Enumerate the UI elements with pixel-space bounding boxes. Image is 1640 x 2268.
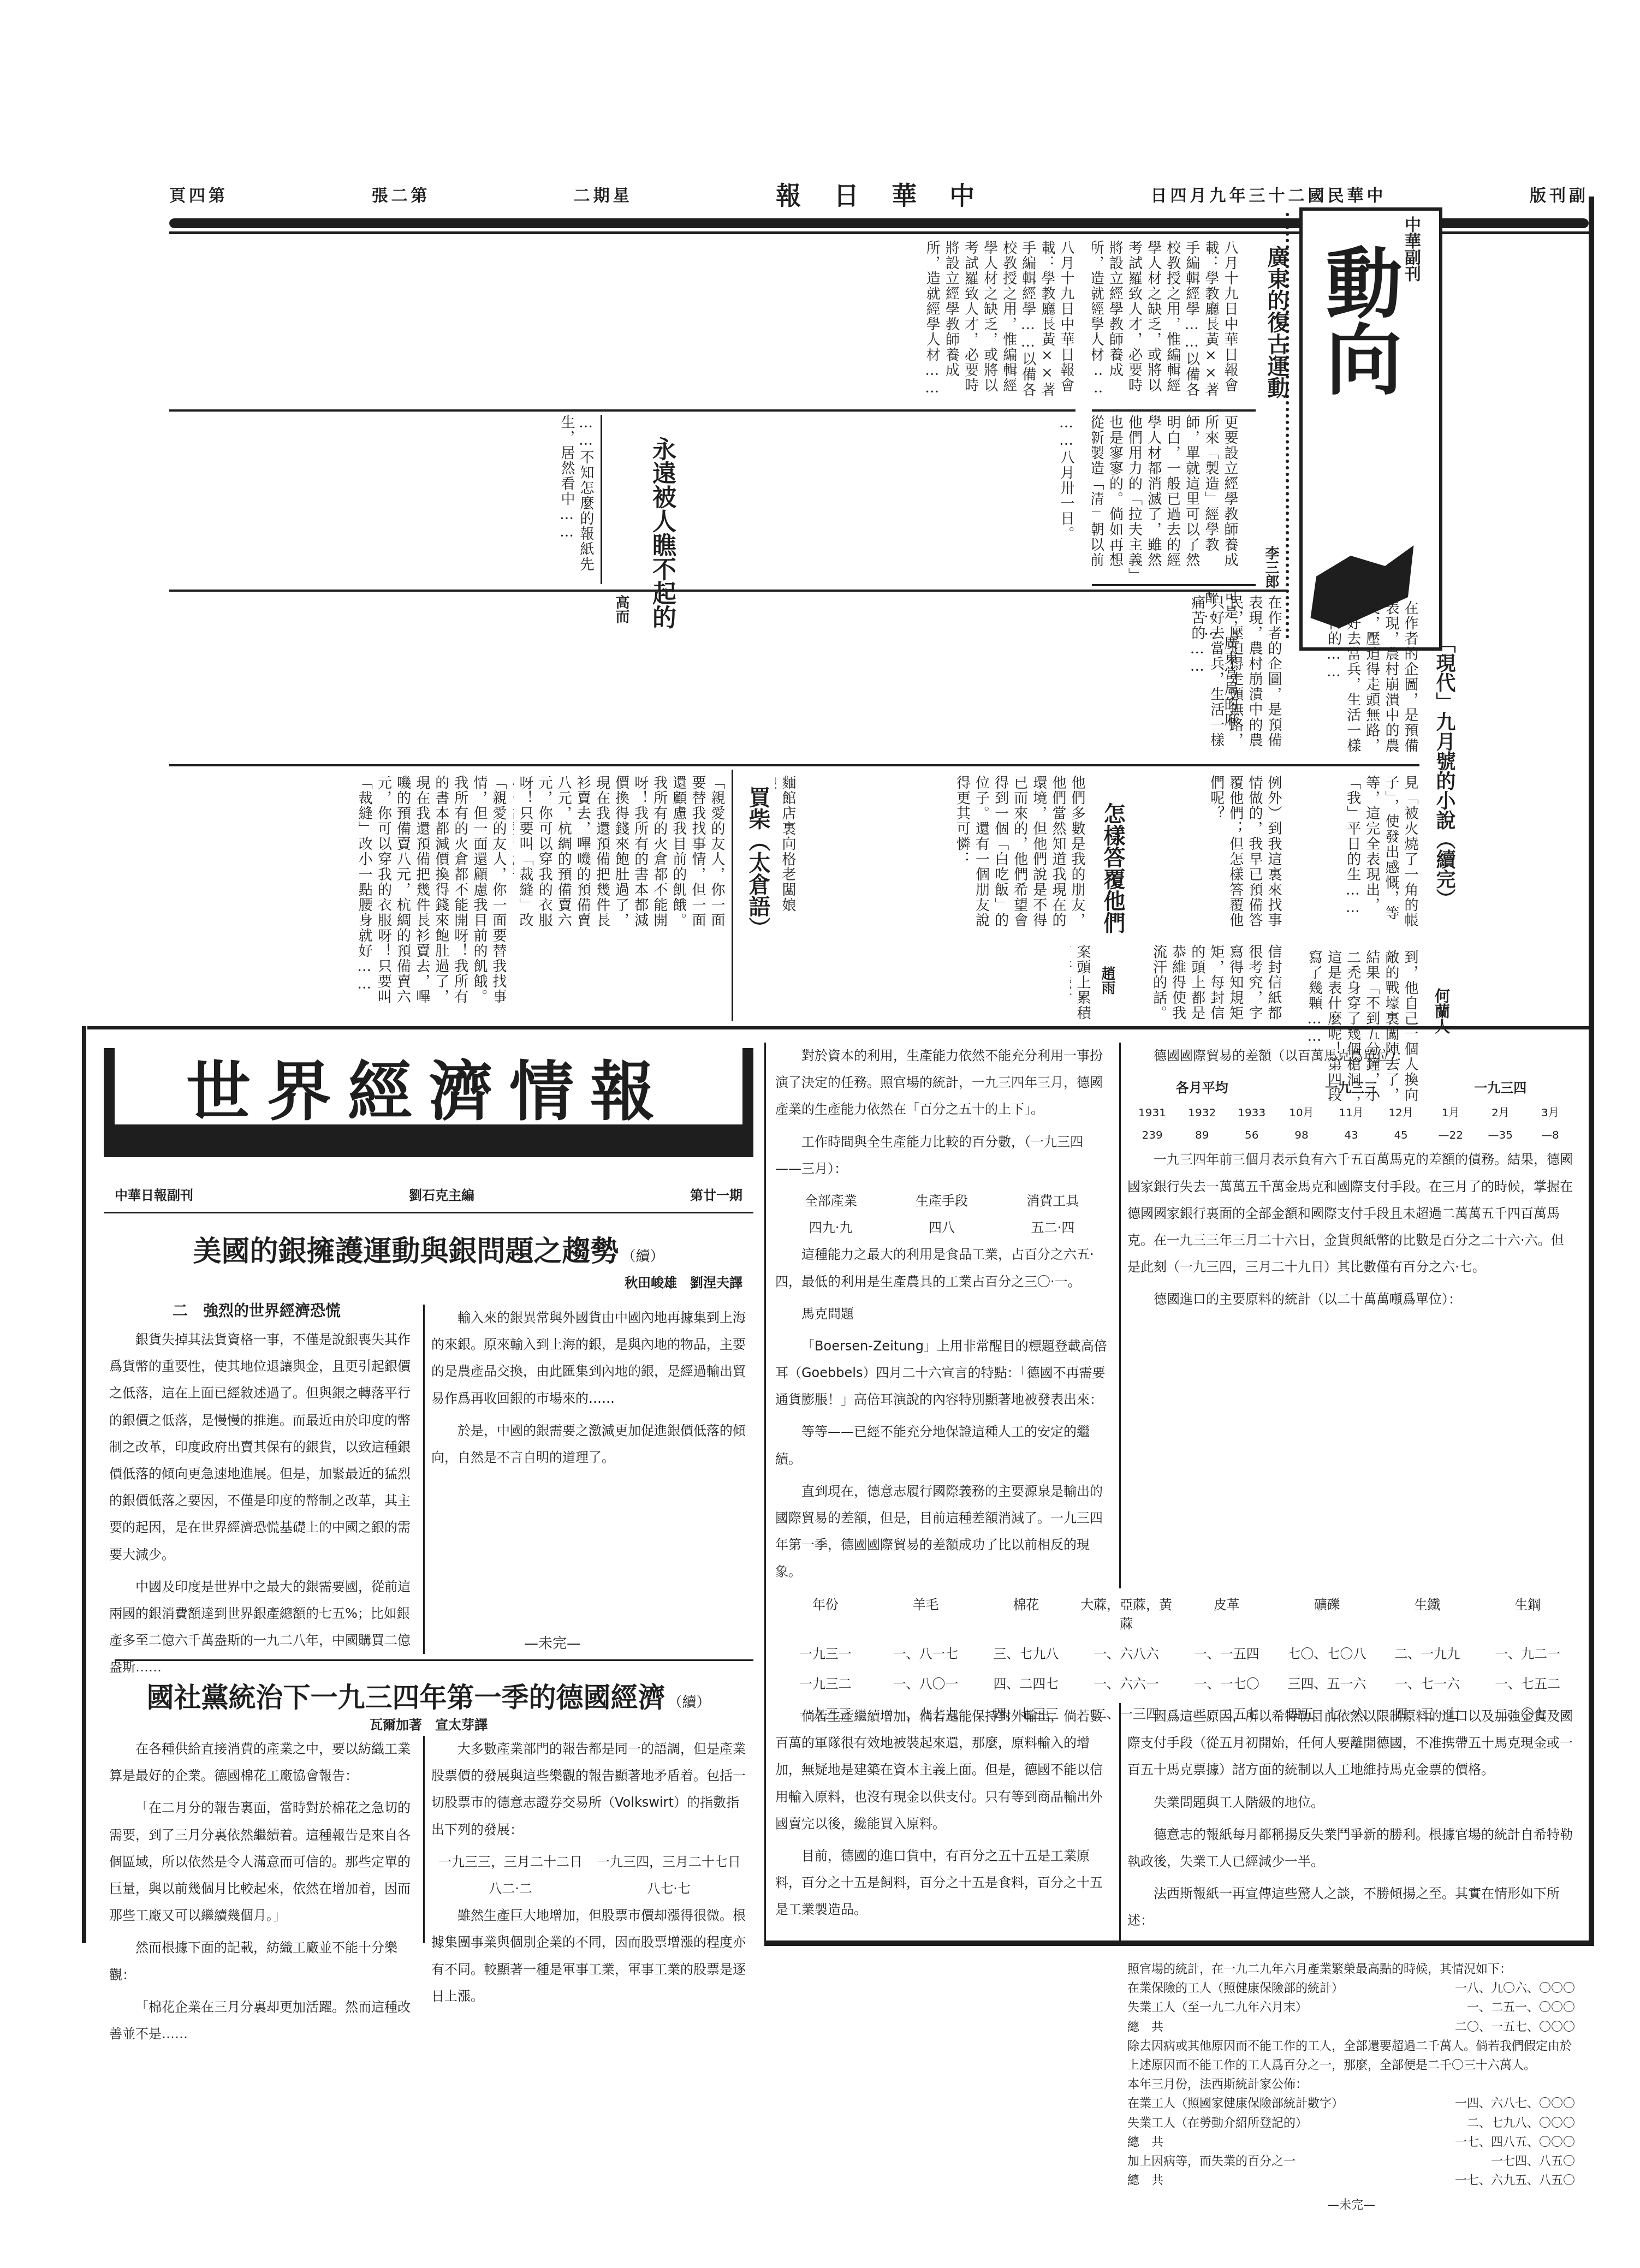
stock-index-values: 八二·二 八七·七 [431, 1876, 748, 1902]
supplement-big-title: 動向 [1319, 243, 1395, 396]
article2-col3: 對於資本的利用，生產能力依然不能充分利用一事扮演了決定的任務。照官場的統計，一九… [775, 1043, 1108, 1591]
column-rule [169, 409, 1075, 412]
economics-banner-title: 世界經濟情報 [115, 1048, 742, 1124]
article-body-guangdong-cont: 八月十九日中華日報會載：學教廳長黃××著手編輯經學……以備各校教授之用，惟編輯經… [169, 240, 1075, 404]
article-title-how-to-reply: 怎樣答覆他們 [1097, 802, 1128, 933]
article-body-buying-firewood-2: 「親愛的友人，你一面要替我找事情，但一面還顧慮我目前的飢餓。我所有的火倉都不能開… [513, 775, 726, 939]
employment-1934-row: 失業工人（在勞動介紹所登記的） 二、七九八、〇〇〇 [1127, 2114, 1575, 2133]
employment-1934-row: 在業工人（照國家健康保險部統計數字） 一四、六八七、〇〇〇 [1127, 2094, 1575, 2113]
trade-table-columns: 1931 1932 1933 10月 11月 12月 1月 2月 3月 [1127, 1102, 1575, 1124]
article-body-never-looked-down-end: ……八月卅一日。 [682, 415, 1075, 584]
article2-header: 國社黨統治下一九三四年第一季的德國經濟 （續） [104, 1676, 753, 1715]
publisher-label: 中華日報副刊 [115, 1184, 193, 1204]
paragraph: 德國進口的主要原料的統計（以二十萬萬噸爲單位）： [1127, 1286, 1575, 1313]
raw-materials-row: 一九三二 一、八〇一 四、二四七 一、六六一 一、一七〇 三四、五一六 一、七一… [775, 1673, 1578, 1692]
weekday-label: 二期星 [574, 182, 633, 206]
column-rule-vertical [1119, 1043, 1121, 1588]
article2-col5: 倘若生產繼續增加，倘若還能保持對外輸出，倘若數百萬的軍隊很有效地被裝起來還，那麼… [775, 1703, 1108, 1929]
column-rule [169, 590, 1288, 592]
supplement-small-title: 中華副刊 [1399, 216, 1423, 282]
paragraph: 然而根據下面的記載，紡織工廠並不能十分樂觀： [109, 1934, 415, 1988]
stock-index-dates: 一九三三，三月二十二日 一九三四，三月二十七日 [431, 1849, 748, 1876]
paragraph: 工作時間與全生產能力比較的百分數，（一九三四——三月）： [775, 1129, 1108, 1182]
article-body-how-to-reply-2: 他們多數是我的朋友，他們當然知道我現在的環境，但他們說是不得已而來的，他們希望會… [879, 775, 1086, 939]
section-subheading: 失業問題與工人階級的地位。 [1127, 1789, 1575, 1816]
column-rule-vertical [1119, 1703, 1121, 1943]
paragraph: 「Boersen-Zeitung」上用非常醒目的標題登載高倍耳（Goebbels… [775, 1333, 1108, 1414]
employment-1929-row: 總 共 二〇、一五七、〇〇〇 [1127, 2017, 1575, 2037]
issue-label: 第廿一期 [690, 1184, 742, 1204]
paragraph: 本年三月份，法西斯統計家公佈： [1127, 2075, 1575, 2094]
paragraph: 銀貨失掉其法貨資格一事，不僅是說銀喪失其作爲貨幣的重要性，使其地位退讓與金，且更… [109, 1326, 415, 1568]
employment-1929-row: 失業工人（至一九二九年六月末） 一、二五一、〇〇〇 [1127, 1998, 1575, 2017]
article-body-lower-cont: 信封信紙都很考究，字寫得知規矩矩，每封信的頭上都是恭維得使我流汗的話。 [808, 944, 1283, 1021]
article-body-buying-firewood-1: 麵館店裏向格老闆娘娘…… [775, 775, 797, 939]
paragraph: 目前，德國的進口貨中，有百分之五十五是工業原料，百分之十五是飼料，百分之十五是食… [775, 1843, 1108, 1924]
editor-label: 劉石克主編 [409, 1184, 474, 1204]
article2-col1: 在各種供給直接消費的產業之中，要以紡織工業算是最好的企業。德國棉花工廠協會報告：… [109, 1736, 415, 2053]
paragraph: 「在二月分的報告裏面，當時對於棉花之急切的需要，到了三月分裏依然繼續着。這種報告… [109, 1795, 415, 1929]
date-label: 日四月九年三十二國民華中 [1151, 182, 1387, 206]
employment-tables: 照官場的統計，在一九二九年六月產業繁榮最高點的時候，其情況如下： 在業保險的工人… [1127, 1960, 1575, 2215]
paragraph: 對於資本的利用，生產能力依然不能充分利用一事扮演了決定的任務。照官場的統計，一九… [775, 1043, 1108, 1123]
trade-table-values: 239 89 56 98 43 45 —22 —35 —8 [1127, 1124, 1575, 1146]
article1-title: 美國的銀擁護運動與銀問題之趨勢 [193, 1235, 619, 1268]
column-rule [104, 1212, 753, 1213]
article2-col6: 因爲這些原因，所以希特勒目前依然以限制原料的進口以及加強金貨及國際支付手段（從五… [1127, 1703, 1575, 1940]
paragraph: 輸入來的銀異常與外國貨由中國內地再據集到上海的來銀。原來輸入到上海的銀，是與內地… [431, 1305, 748, 1412]
article2-col2: 大多數產業部門的報告都是同一的語調，但是產業股票價的發展與這些樂觀的報告顯著地矛… [431, 1736, 748, 2015]
economics-banner: 世界經濟情報 [104, 1048, 753, 1157]
article-body-buying-firewood-cont: 「親愛的友人，你一面要替我找事情，但一面還顧慮我目前的飢餓。我所有的火倉都不能開… [169, 775, 508, 1015]
article-body-modern-novels-1: 在作者的企圖，是預備表現，農村崩潰中的農民，壓迫得走頭無路，只好去當兵，生活一樣… [1288, 600, 1419, 764]
article-body-modern-novels-cont: 在作者的企圖，是預備表現，農村崩潰中的農民，壓迫得走頭無路，只好去當兵，生活一樣… [169, 595, 1283, 759]
article-title-buying-firewood: 買柴（太倉語） [742, 786, 774, 939]
article1-col2: 輸入來的銀異常與外國貨由中國內地再據集到上海的來銀。原來輸入到上海的銀，是與內地… [431, 1305, 748, 1477]
article-body-modern-novels-2: 見「被火燒了一角的帳子」，使發出感慨，等等，這完全表現出，「我」平日的生…… [1288, 775, 1419, 939]
capacity-table-header: 全部產業 生產手段 消費工具 [775, 1188, 1108, 1215]
raw-materials-header: 年份 羊毛 棉花 大蔴，亞蔴，黃蔴 皮革 礦礫 生鐵 生鋼 [775, 1594, 1578, 1632]
paragraph: 德意志的報紙每月都稱揚反失業鬥爭新的勝利。根據官場的統計自希特勒執政後，失業工人… [1127, 1821, 1575, 1875]
paragraph: 中國及印度是世界中之最大的銀需要國，從前這兩國的銀消費額達到世界銀產總額的七五%… [109, 1574, 415, 1681]
column-rule [115, 1659, 753, 1661]
paragraph: 於是，中國的銀需要之激減更加促進銀價低落的傾向，自然是不言自明的道理了。 [431, 1418, 748, 1471]
column-rule [169, 764, 1419, 766]
article-body-guangdong-1: 八月十九日中華日報會載：學教廳長黃××著手編輯經學……以備各校教授之用，惟編輯經… [1092, 240, 1239, 404]
paragraph: 直到現在，德意志履行國際義務的主要源泉是輸出的國際貿易的差額，但是，目前這種差額… [775, 1478, 1108, 1586]
paragraph: 這種能力之最大的利用是食品工業，占百分之六五·四，最低的利用是生產農具的工業占百… [775, 1241, 1108, 1295]
raw-materials-row: 一九三一 一、八一七 三、七九八 一、六八六 一、一五四 七〇、七〇八 二、一九… [775, 1643, 1578, 1662]
article-author-guangdong: 李三郎 [1261, 546, 1281, 588]
article-body-guangdong-2: 更要設立經學教師養成所來「製造」經學教師，單就這里可以了然明白，一般已過去的經學… [1092, 415, 1239, 579]
column-rule-vertical [423, 1305, 425, 1654]
article1-col1: 銀貨失掉其法貨資格一事，不僅是說銀喪失其作爲貨幣的重要性，使其地位退讓與金，且更… [109, 1326, 415, 1686]
column-rule-vertical [601, 415, 602, 584]
article1-section-heading: 二 強烈的世界經濟恐慌 [120, 1299, 393, 1321]
article2-title: 國社黨統治下一九三四年第一季的德國經濟 [146, 1682, 665, 1713]
column-rule [1092, 584, 1256, 586]
paragraph: 一九三四年前三個月表示負有六千五百萬馬克的差額的債務。結果，德國國家銀行失去一萬… [1127, 1146, 1575, 1281]
article2-col4: 德國國際貿易的差額（以百萬馬克爲單位）： 各月平均 一九三三 一九三四 1931… [1127, 1043, 1575, 1319]
article1-end-mark: —未完— [524, 1632, 581, 1652]
page-border-left [82, 1026, 86, 1943]
paragraph: 等等——已經不能充分地保證這種人工的安定的繼續。 [775, 1419, 1108, 1472]
page-label: 頁四第 [169, 182, 228, 206]
capacity-table-values: 四九·九 四八 五二·四 [775, 1215, 1108, 1241]
employment-1934-row: 加上因病等，而失業的百分之一 一七四、八五〇 [1127, 2152, 1575, 2171]
column-rule [1092, 409, 1256, 412]
article-body-how-to-reply-1: 例外）到我這裏來找事情做的，我早已預備答覆他們；但怎樣答覆他們呢？ [1130, 775, 1283, 939]
article1-byline: 秋田峻雄 劉涅夫譯 [360, 1272, 742, 1291]
article-title-modern-novels: 「現代」九月號的小說（續完） [1430, 633, 1458, 908]
edition-label: 版刊副 [1530, 182, 1589, 206]
paragraph: 德國國際貿易的差額（以百萬馬克爲單位）： [1127, 1043, 1575, 1069]
paragraph: 在各種供給直接消費的產業之中，要以紡織工業算是最好的企業。德國棉花工廠協會報告： [109, 1736, 415, 1789]
column-rule-vertical [764, 1043, 766, 1943]
paragraph: 照官場的統計，在一九二九年六月產業繁榮最高點的時候，其情況如下： [1127, 1960, 1575, 1979]
paragraph: 法西斯報紙一再宣傳這些驚人之談，不勝傾揚之至。其實在情形如下所述： [1127, 1880, 1575, 1934]
article2-byline: 瓦爾加著 宣太芽譯 [104, 1714, 753, 1733]
column-rule-vertical [423, 1736, 425, 1943]
paragraph: 倘若生產繼續增加，倘若還能保持對外輸出，倘若數百萬的軍隊很有效地被裝起來還，那麼… [775, 1703, 1108, 1837]
employment-1934-row: 總 共 一七、四八五、〇〇〇 [1127, 2133, 1575, 2152]
paragraph: 因爲這些原因，所以希特勒目前依然以限制原料的進口以及加強金貨及國際支付手段（從五… [1127, 1703, 1575, 1784]
article-body-never-looked-down: ……不知怎麼的報紙先生，居然看中…… [169, 415, 595, 584]
section-subheading: 馬克問題 [775, 1301, 1108, 1328]
paper-name: 報日華中 [776, 176, 1007, 212]
bottom-border [764, 1940, 1594, 1946]
paragraph: 雖然生產巨大地增加，但股票市價却漲得很微。根據集團事業與個別企業的不同，因而股票… [431, 1902, 748, 2010]
article2-end-mark: —未完— [1127, 2195, 1575, 2215]
column-rule-vertical [732, 770, 733, 1021]
article-title-guangdong: 廣東的復古運動 [1261, 246, 1292, 398]
article1-header: 美國的銀擁護運動與銀問題之趨勢 （續） [104, 1228, 753, 1269]
newspaper-page: 頁四第 張二第 二期星 報日華中 日四月九年三十二國民華中 版刊副 中華副刊 動… [87, 164, 1638, 2172]
article1-continued: （續） [622, 1248, 664, 1265]
sheet-label: 張二第 [371, 182, 430, 206]
paragraph: 大多數產業部門的報告都是同一的語調，但是產業股票價的發展與這些樂觀的報告顯著地矛… [431, 1736, 748, 1843]
employment-1929-row: 在業保險的工人（照健康保險部的統計） 一八、九〇六、〇〇〇 [1127, 1979, 1575, 1998]
trade-table-group-headers: 各月平均 一九三三 一九三四 [1127, 1075, 1575, 1102]
paragraph: 除去因病或其他原因而不能工作的工人，全部還要超過二千萬人。倘若我們假定由於上述原… [1127, 2037, 1575, 2075]
article2-continued: （續） [668, 1694, 711, 1711]
employment-1934-row: 總 共 一七、六九五、八五〇 [1127, 2171, 1575, 2190]
economics-meta: 中華日報副刊 劉石克主編 第廿一期 [115, 1184, 742, 1204]
paragraph: 「棉花企業在三月分裏却更加活躍。然而這種改善並不是…… [109, 1994, 415, 2047]
